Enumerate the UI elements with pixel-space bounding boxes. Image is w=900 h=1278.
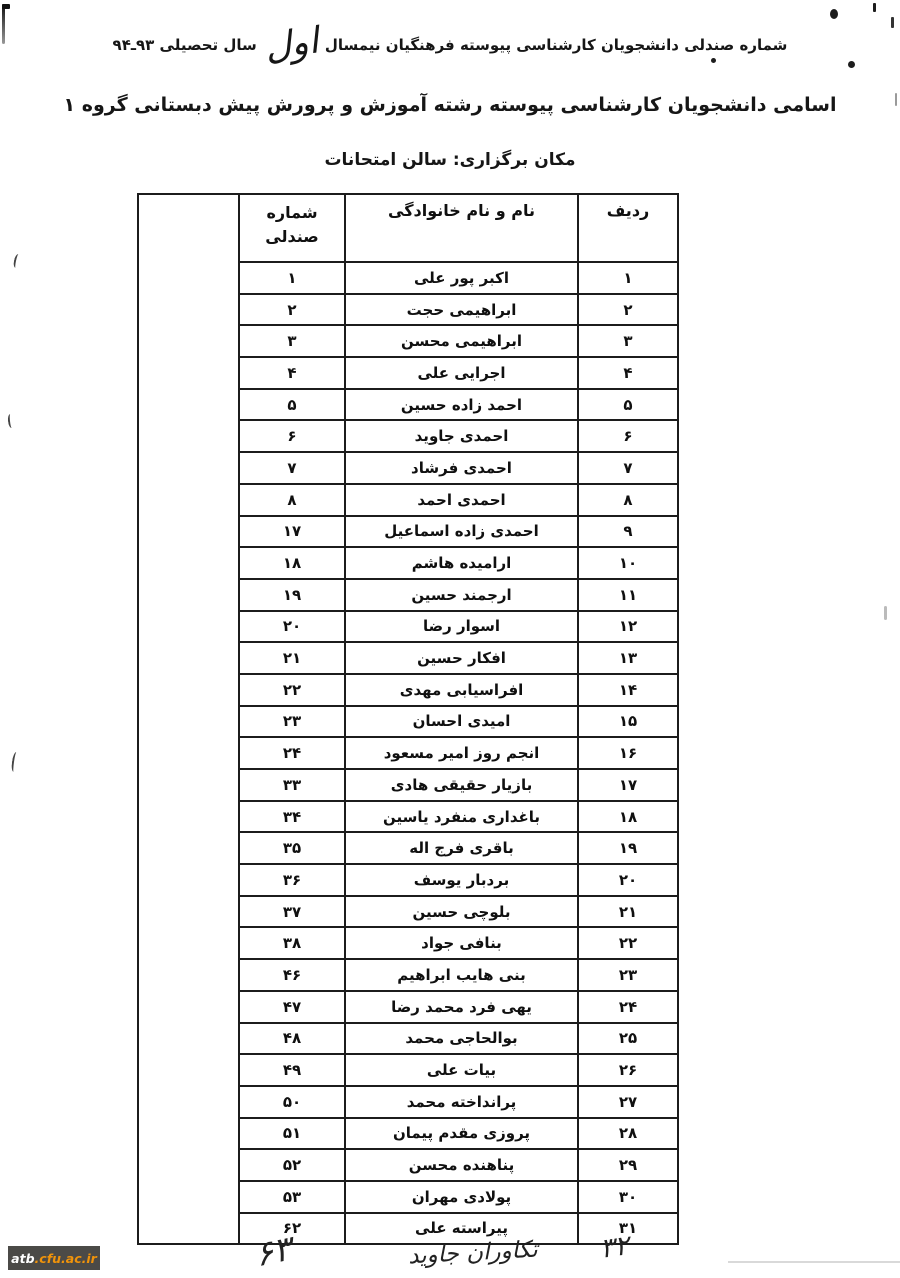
site-watermark: atb.cfu.ac.ir <box>8 1246 100 1270</box>
row-number-cell: ۳۰ <box>578 1181 678 1213</box>
seat-number-cell: ۲۰ <box>239 611 345 643</box>
row-number-cell: ۲۲ <box>578 927 678 959</box>
student-name-cell: بنافی جواد <box>345 927 578 959</box>
seat-number-cell: ۳۳ <box>239 769 345 801</box>
seat-number-cell: ۳۵ <box>239 832 345 864</box>
student-name-cell: احمد زاده حسین <box>345 389 578 421</box>
student-name-cell: احمدی زاده اسماعیل <box>345 516 578 548</box>
handwritten-seat-number: ۶۳ <box>251 1229 295 1276</box>
document-title-line1: شماره صندلی دانشجویان کارشناسی پیوسته فر… <box>0 36 900 54</box>
scan-speck <box>711 58 716 63</box>
row-number-cell: ۲۵ <box>578 1023 678 1055</box>
seat-number-cell: ۴۹ <box>239 1054 345 1086</box>
row-number-cell: ۱۷ <box>578 769 678 801</box>
empty-margin-column <box>138 194 239 1244</box>
seat-number-cell: ۵۰ <box>239 1086 345 1118</box>
student-name-cell: احمدی جاوید <box>345 420 578 452</box>
student-name-cell: یهی فرد محمد رضا <box>345 991 578 1023</box>
student-name-cell: پرانداخته محمد <box>345 1086 578 1118</box>
student-name-cell: بنی هایب ابراهیم <box>345 959 578 991</box>
student-name-cell: انجم روز امیر مسعود <box>345 737 578 769</box>
seat-number-cell: ۳ <box>239 325 345 357</box>
watermark-prefix: atb <box>11 1251 34 1266</box>
column-header-seat-line2: صندلی <box>240 225 344 249</box>
row-number-cell: ۲۰ <box>578 864 678 896</box>
seat-number-cell: ۷ <box>239 452 345 484</box>
row-number-cell: ۲۷ <box>578 1086 678 1118</box>
watermark-suffix: .cfu.ac.ir <box>35 1251 97 1266</box>
column-header-seat-line1: شماره <box>240 201 344 225</box>
scan-speck <box>830 9 838 19</box>
student-name-cell: پناهنده محسن <box>345 1149 578 1181</box>
seat-number-cell: ۲۲ <box>239 674 345 706</box>
seat-number-cell: ۱۸ <box>239 547 345 579</box>
seat-number-cell: ۱ <box>239 262 345 294</box>
seat-number-cell: ۳۴ <box>239 801 345 833</box>
student-name-cell: ارامیده هاشم <box>345 547 578 579</box>
column-header-name: نام و نام خانوادگی <box>345 194 578 262</box>
row-number-cell: ۱۲ <box>578 611 678 643</box>
seat-number-cell: ۲ <box>239 294 345 326</box>
student-name-cell: بازیار حقیقی هادی <box>345 769 578 801</box>
seat-number-cell: ۱۷ <box>239 516 345 548</box>
student-name-cell: احمدی احمد <box>345 484 578 516</box>
handwritten-row-number: ۳۲ <box>598 1230 631 1265</box>
row-number-cell: ۵ <box>578 389 678 421</box>
student-name-cell: باغداری منفرد یاسین <box>345 801 578 833</box>
scan-speck <box>873 3 876 12</box>
document-title-line2: اسامی دانشجویان کارشناسی پیوسته رشته آمو… <box>0 94 900 116</box>
row-number-cell: ۲۱ <box>578 896 678 928</box>
scan-edge-mark <box>2 4 5 44</box>
row-number-cell: ۱۰ <box>578 547 678 579</box>
title-line1-after: سال تحصیلی ۹۳ـ۹۴ <box>113 36 257 54</box>
seating-table: ردیف نام و نام خانوادگی شماره صندلی ۱ اک… <box>137 193 679 1245</box>
row-number-cell: ۱ <box>578 262 678 294</box>
student-name-cell: بیات علی <box>345 1054 578 1086</box>
seat-number-cell: ۳۷ <box>239 896 345 928</box>
student-name-cell: اسوار رضا <box>345 611 578 643</box>
row-number-cell: ۲۴ <box>578 991 678 1023</box>
seat-number-cell: ۲۴ <box>239 737 345 769</box>
row-number-cell: ۲۹ <box>578 1149 678 1181</box>
student-name-cell: افکار حسین <box>345 642 578 674</box>
seat-number-cell: ۳۸ <box>239 927 345 959</box>
scan-margin-mark <box>11 752 20 773</box>
row-number-cell: ۱۶ <box>578 737 678 769</box>
row-number-cell: ۲۳ <box>578 959 678 991</box>
row-number-cell: ۱۴ <box>578 674 678 706</box>
student-name-cell: ارجمند حسین <box>345 579 578 611</box>
row-number-cell: ۱۸ <box>578 801 678 833</box>
row-number-cell: ۱۵ <box>578 706 678 738</box>
scan-faint-line <box>728 1261 900 1263</box>
row-number-cell: ۱۳ <box>578 642 678 674</box>
seat-number-cell: ۴۶ <box>239 959 345 991</box>
row-number-cell: ۱۹ <box>578 832 678 864</box>
row-number-cell: ۲۶ <box>578 1054 678 1086</box>
seat-number-cell: ۶ <box>239 420 345 452</box>
row-number-cell: ۲ <box>578 294 678 326</box>
student-name-cell: احمدی فرشاد <box>345 452 578 484</box>
student-name-cell: اکبر پور علی <box>345 262 578 294</box>
row-number-cell: ۳ <box>578 325 678 357</box>
seat-number-cell: ۲۱ <box>239 642 345 674</box>
row-number-cell: ۱۱ <box>578 579 678 611</box>
seat-number-cell: ۵۲ <box>239 1149 345 1181</box>
row-number-cell: ۶ <box>578 420 678 452</box>
row-number-cell: ۲۸ <box>578 1118 678 1150</box>
table-header-row: ردیف نام و نام خانوادگی شماره صندلی <box>138 194 678 262</box>
seat-number-cell: ۸ <box>239 484 345 516</box>
student-name-cell: بردبار یوسف <box>345 864 578 896</box>
exam-location-line: مکان برگزاری: سالن امتحانات <box>0 150 900 170</box>
scan-speck <box>895 93 897 106</box>
seat-number-cell: ۵۱ <box>239 1118 345 1150</box>
row-number-cell: ۴ <box>578 357 678 389</box>
column-header-seat: شماره صندلی <box>239 194 345 262</box>
scan-speck <box>891 17 894 28</box>
student-name-cell: افراسیابی مهدی <box>345 674 578 706</box>
handwritten-student-name: تکاوران جاوید <box>407 1237 538 1270</box>
student-name-cell: امیدی احسان <box>345 706 578 738</box>
row-number-cell: ۸ <box>578 484 678 516</box>
student-name-cell: بلوچی حسین <box>345 896 578 928</box>
seat-number-cell: ۳۶ <box>239 864 345 896</box>
row-number-cell: ۷ <box>578 452 678 484</box>
seat-number-cell: ۲۳ <box>239 706 345 738</box>
seat-number-cell: ۴۸ <box>239 1023 345 1055</box>
seat-number-cell: ۵۳ <box>239 1181 345 1213</box>
scan-margin-mark <box>13 254 22 269</box>
seat-number-cell: ۴ <box>239 357 345 389</box>
student-name-cell: ابراهیمی محسن <box>345 325 578 357</box>
scan-margin-mark <box>7 414 14 429</box>
row-number-cell: ۹ <box>578 516 678 548</box>
handwritten-semester: اول <box>265 41 318 48</box>
student-name-cell: ابراهیمی حجت <box>345 294 578 326</box>
scan-speck <box>848 61 855 68</box>
student-name-cell: پروزی مقدم پیمان <box>345 1118 578 1150</box>
student-name-cell: بوالحاجی محمد <box>345 1023 578 1055</box>
seat-number-cell: ۴۷ <box>239 991 345 1023</box>
title-line1-before: شماره صندلی دانشجویان کارشناسی پیوسته فر… <box>325 36 788 54</box>
seat-number-cell: ۱۹ <box>239 579 345 611</box>
seat-number-cell: ۵ <box>239 389 345 421</box>
student-name-cell: باقری فرج اله <box>345 832 578 864</box>
column-header-radif: ردیف <box>578 194 678 262</box>
student-name-cell: پولادی مهران <box>345 1181 578 1213</box>
scan-smudge <box>884 606 887 620</box>
student-name-cell: اجرایی علی <box>345 357 578 389</box>
